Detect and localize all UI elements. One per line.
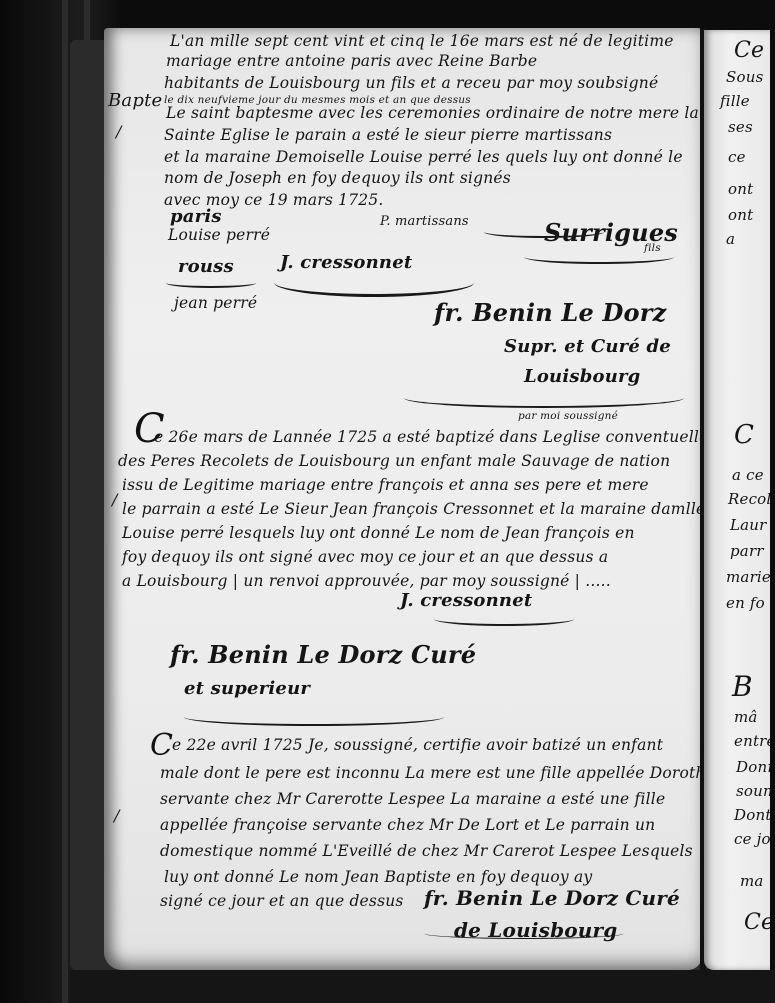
signature-priest-line2: et superieur: [184, 678, 310, 699]
facing-fragment: ont: [728, 206, 753, 224]
scan-bottom-edge: [70, 970, 775, 1003]
signature-priest-line3: Louisbourg: [524, 366, 640, 387]
facing-fragment: ce: [728, 148, 746, 166]
entry-separator: [184, 708, 444, 726]
entry-line: et la maraine Demoiselle Louise perré le…: [164, 148, 683, 166]
facing-fragment: ce jo: [734, 830, 770, 848]
facing-fragment: soum: [736, 782, 770, 800]
entry-line: Le saint baptesme avec les ceremonies or…: [166, 104, 699, 122]
entry-line: des Peres Recolets de Louisbourg un enfa…: [118, 452, 670, 470]
signature-paris: paris: [170, 206, 222, 227]
margin-mark: /: [114, 806, 120, 825]
entry-line: issu de Legitime mariage entre françois …: [122, 476, 649, 494]
entry-line: e 26e mars de Lannée 1725 a esté baptizé…: [154, 428, 702, 446]
entry-separator: [404, 388, 684, 408]
signature-priest-line1: fr. Benin Le Dorz: [434, 298, 666, 327]
entry-line: appellée françoise servante chez Mr De L…: [160, 816, 655, 834]
facing-fragment: Sous: [726, 68, 763, 86]
binding-strip: [62, 0, 68, 1003]
facing-fragment: Donne: [736, 758, 770, 776]
signature-jean-perre: jean perré: [174, 294, 257, 312]
facing-fragment: Ce: [744, 910, 770, 935]
margin-note-bapte: Bapte: [108, 90, 162, 111]
facing-fragment: Laur: [730, 516, 767, 534]
facing-fragment: entre: [734, 732, 770, 750]
entry-line: domestique nommé L'Eveillé de chez Mr Ca…: [160, 842, 693, 860]
facing-fragment: Dont: [734, 806, 770, 824]
entry-line: signé ce jour et an que dessus: [160, 892, 404, 910]
facing-fragment: ont: [728, 180, 753, 198]
signature-flourish: [274, 268, 474, 297]
entry-line: e 22e avril 1725 Je, soussigné, certifie…: [172, 736, 663, 754]
facing-fragment: fille: [720, 92, 750, 110]
entry-line: male dont le pere est inconnu La mere es…: [160, 764, 702, 782]
entry-line: Sainte Eglise le parain a esté le sieur …: [164, 126, 612, 144]
facing-fragment: Recol: [728, 490, 770, 508]
signature-cressonnet: J. cressonnet: [400, 590, 532, 611]
signature-priest-line1: fr. Benin Le Dorz Curé: [424, 886, 680, 910]
entry-line: servante chez Mr Carerotte Lespee La mar…: [160, 790, 665, 808]
margin-mark: /: [116, 122, 122, 141]
facing-fragment: ses: [728, 118, 753, 136]
entry-line: mariage entre antoine paris avec Reine B…: [166, 52, 537, 70]
signature-flourish: [484, 226, 604, 238]
signature-flourish: [166, 278, 256, 288]
entry-insert: par moi soussigné: [518, 410, 618, 422]
entry-line: Louise perré lesquels luy ont donné Le n…: [122, 524, 635, 542]
facing-fragment: marie: [726, 568, 770, 586]
signature-rousse: rouss: [178, 256, 234, 277]
entry-line: habitants de Louisbourg un fils et a rec…: [164, 74, 658, 92]
facing-fragment: a ce: [732, 466, 764, 484]
register-page-left: Bapte / / / L'an mille sept cent vint et…: [104, 28, 702, 970]
facing-fragment: mâ: [734, 708, 758, 726]
signature-priest-line2: Supr. et Curé de: [504, 336, 671, 357]
facing-fragment: a: [726, 230, 735, 248]
entry-line: nom de Joseph en foy dequoy ils ont sign…: [164, 169, 511, 187]
facing-fragment: C: [734, 420, 754, 450]
facing-fragment: parr: [730, 542, 764, 560]
facing-fragment: ma: [740, 872, 764, 890]
margin-mark: /: [112, 490, 118, 509]
signature-flourish: [424, 928, 624, 939]
entry-line: foy dequoy ils ont signé avec moy ce jou…: [122, 548, 608, 566]
entry-line: luy ont donné Le nom Jean Baptiste en fo…: [164, 868, 592, 886]
signature-louise-perre: Louise perré: [168, 226, 270, 244]
signature-priest-line1: fr. Benin Le Dorz Curé: [170, 640, 476, 669]
facing-fragment: en fo: [726, 594, 765, 612]
signature-flourish: [434, 612, 574, 626]
facing-fragment: Ce: [734, 38, 764, 63]
signature-flourish: [524, 250, 674, 264]
entry-line: le parrain a esté Le Sieur Jean françois…: [122, 500, 702, 518]
facing-fragment: B: [732, 670, 753, 703]
drop-cap: C: [150, 728, 173, 763]
register-page-right-partial: Ce Sous fille ses ce ont ont a C a ce Re…: [704, 30, 770, 970]
entry-line: L'an mille sept cent vint et cinq le 16e…: [170, 32, 674, 50]
entry-line: a Louisbourg | un renvoi approuvée, par …: [122, 572, 611, 590]
signature-martissans: P. martissans: [380, 214, 469, 229]
